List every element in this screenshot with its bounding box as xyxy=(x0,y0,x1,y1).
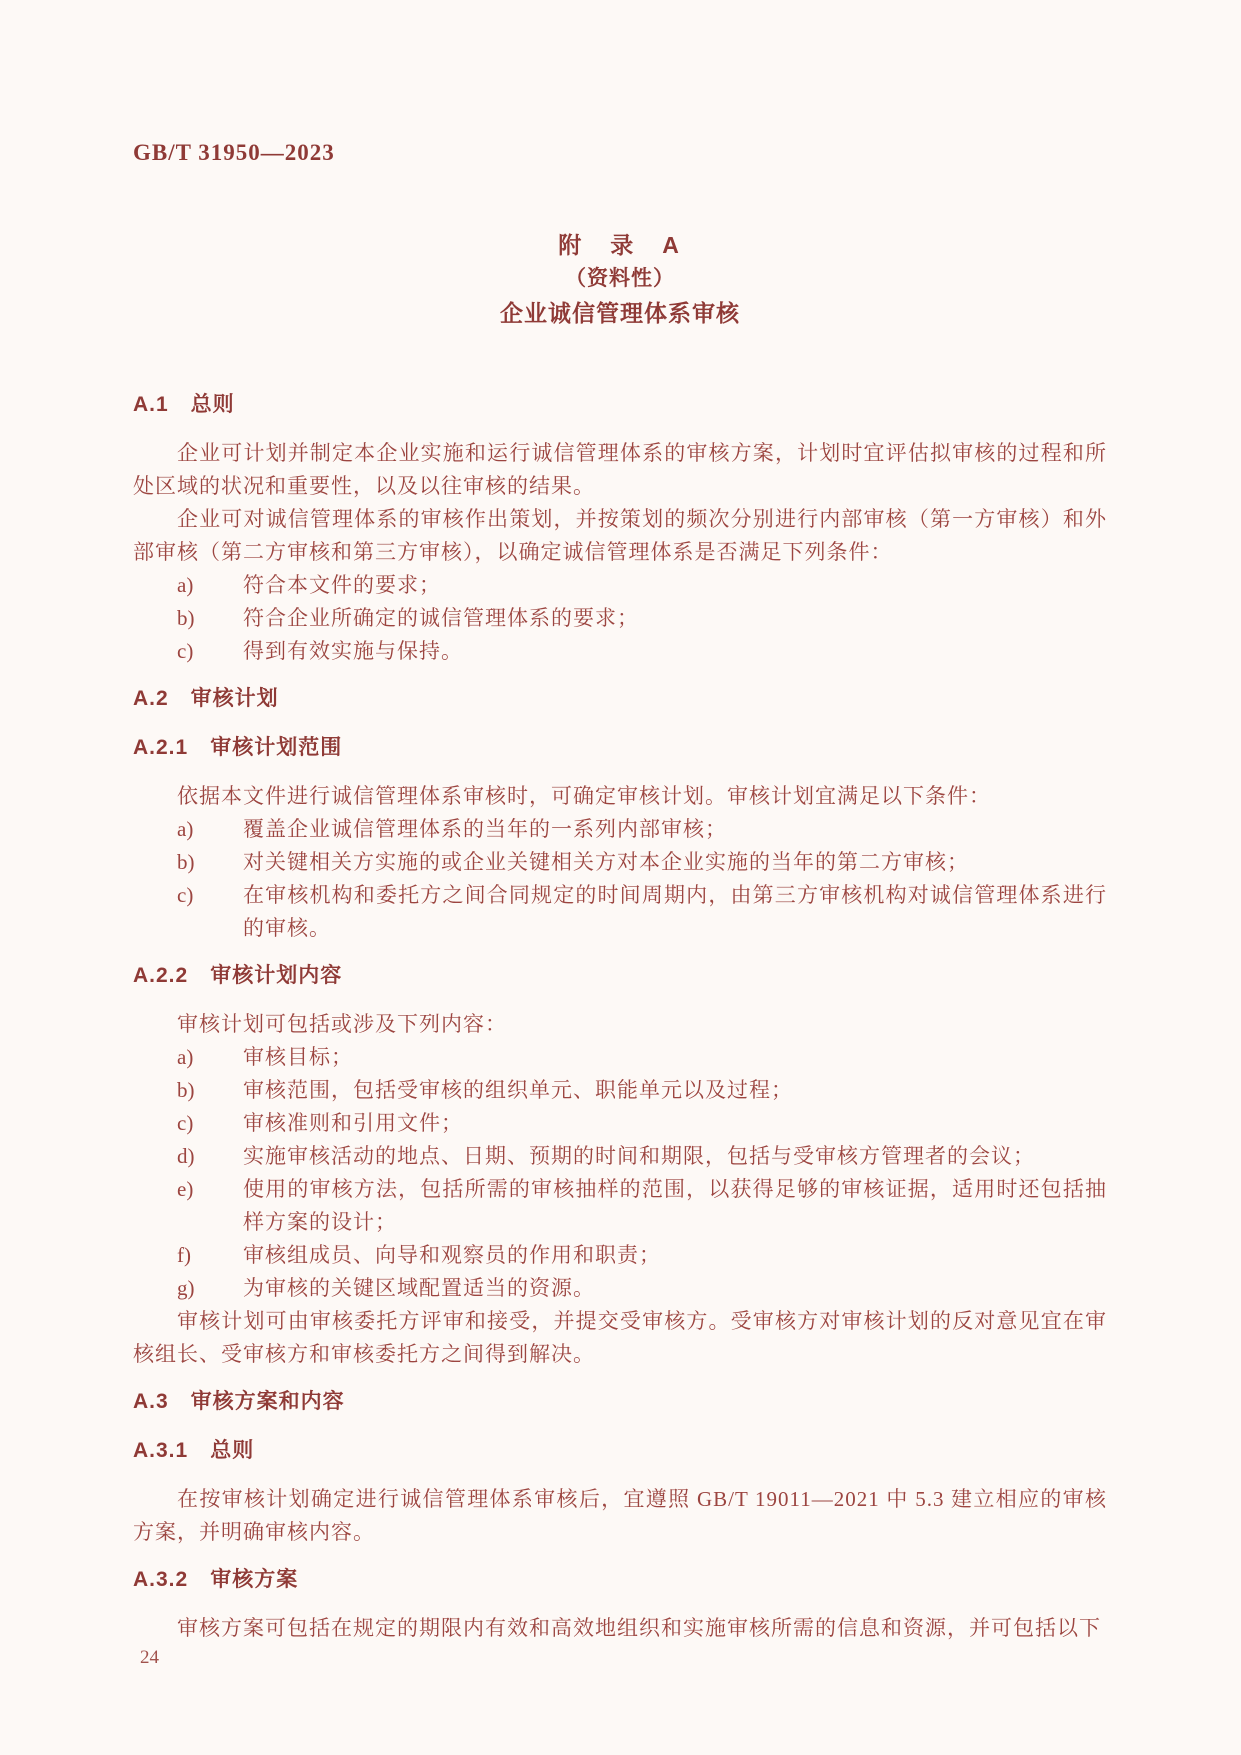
list-text: 符合企业所确定的诚信管理体系的要求； xyxy=(243,606,639,630)
doc-number: GB/T 31950—2023 xyxy=(133,141,1241,165)
list-marker: b) xyxy=(177,602,195,635)
list-item: b) 对关键相关方实施的或企业关键相关方对本企业实施的当年的第二方审核； xyxy=(133,846,1107,879)
list-item: c) 在审核机构和委托方之间合同规定的时间周期内，由第三方审核机构对诚信管理体系… xyxy=(133,879,1107,945)
list-text: 覆盖企业诚信管理体系的当年的一系列内部审核； xyxy=(243,817,727,841)
list-marker: g) xyxy=(177,1272,195,1305)
list-text: 使用的审核方法，包括所需的审核抽样的范围，以获得足够的审核证据，适用时还包括抽样… xyxy=(243,1177,1107,1234)
list-marker: f) xyxy=(177,1239,191,1272)
paragraph: 企业可对诚信管理体系的审核作出策划，并按策划的频次分别进行内部审核（第一方审核）… xyxy=(133,503,1107,569)
list-item: e) 使用的审核方法，包括所需的审核抽样的范围，以获得足够的审核证据，适用时还包… xyxy=(133,1173,1107,1239)
list-marker: b) xyxy=(177,846,195,879)
list-item: b) 审核范围，包括受审核的组织单元、职能单元以及过程； xyxy=(133,1074,1107,1107)
section-heading: A.1 总则 xyxy=(133,388,1107,421)
list-text: 对关键相关方实施的或企业关键相关方对本企业实施的当年的第二方审核； xyxy=(243,850,969,874)
list-text: 符合本文件的要求； xyxy=(243,573,441,597)
appendix-classification: （资料性） xyxy=(133,262,1107,296)
list-item: c) 得到有效实施与保持。 xyxy=(133,635,1107,668)
paragraph: 审核计划可由审核委托方评审和接受，并提交受审核方。受审核方对审核计划的反对意见宜… xyxy=(133,1305,1107,1371)
paragraph: 依据本文件进行诚信管理体系审核时，可确定审核计划。审核计划宜满足以下条件： xyxy=(133,780,1107,813)
page-number: 24 xyxy=(133,1647,1107,1669)
section-heading: A.2 审核计划 xyxy=(133,682,1107,715)
list-text: 审核目标； xyxy=(243,1045,353,1069)
appendix-label: 附 录 A xyxy=(133,228,1107,262)
list-marker: a) xyxy=(177,1041,193,1074)
list-text: 实施审核活动的地点、日期、预期的时间和期限，包括与受审核方管理者的会议； xyxy=(243,1144,1035,1168)
subsection-heading: A.3.1 总则 xyxy=(133,1434,1107,1467)
list-marker: e) xyxy=(177,1173,193,1206)
list-item: a) 符合本文件的要求； xyxy=(133,569,1107,602)
list-text: 审核准则和引用文件； xyxy=(243,1111,463,1135)
paragraph: 在按审核计划确定进行诚信管理体系审核后，宜遵照 GB/T 19011—2021 … xyxy=(133,1483,1107,1549)
list-text: 在审核机构和委托方之间合同规定的时间周期内，由第三方审核机构对诚信管理体系进行的… xyxy=(243,883,1107,940)
list-marker: d) xyxy=(177,1140,195,1173)
list-marker: a) xyxy=(177,813,193,846)
appendix-name: 企业诚信管理体系审核 xyxy=(133,296,1107,330)
text-column: 附 录 A （资料性） 企业诚信管理体系审核 A.1 总则 企业可计划并制定本企… xyxy=(133,228,1107,1669)
list-item: g) 为审核的关键区域配置适当的资源。 xyxy=(133,1272,1107,1305)
subsection-heading: A.2.2 审核计划内容 xyxy=(133,959,1107,992)
list-item: f) 审核组成员、向导和观察员的作用和职责； xyxy=(133,1239,1107,1272)
list-marker: c) xyxy=(177,879,193,912)
paragraph: 审核计划可包括或涉及下列内容： xyxy=(133,1008,1107,1041)
list-marker: b) xyxy=(177,1074,195,1107)
list-item: c) 审核准则和引用文件； xyxy=(133,1107,1107,1140)
list-text: 审核范围，包括受审核的组织单元、职能单元以及过程； xyxy=(243,1078,793,1102)
subsection-heading: A.3.2 审核方案 xyxy=(133,1563,1107,1596)
list-item: b) 符合企业所确定的诚信管理体系的要求； xyxy=(133,602,1107,635)
paragraph: 审核方案可包括在规定的期限内有效和高效地组织和实施审核所需的信息和资源，并可包括… xyxy=(133,1612,1107,1645)
document-page: GB/T 31950—2023 附 录 A （资料性） 企业诚信管理体系审核 A… xyxy=(0,0,1241,1755)
paragraph: 企业可计划并制定本企业实施和运行诚信管理体系的审核方案，计划时宜评估拟审核的过程… xyxy=(133,437,1107,503)
list-text: 为审核的关键区域配置适当的资源。 xyxy=(243,1276,595,1300)
list-marker: c) xyxy=(177,635,193,668)
subsection-heading: A.2.1 审核计划范围 xyxy=(133,731,1107,764)
section-heading: A.3 审核方案和内容 xyxy=(133,1385,1107,1418)
list-marker: a) xyxy=(177,569,193,602)
list-item: a) 覆盖企业诚信管理体系的当年的一系列内部审核； xyxy=(133,813,1107,846)
appendix-title: 附 录 A （资料性） 企业诚信管理体系审核 xyxy=(133,228,1107,330)
list-text: 得到有效实施与保持。 xyxy=(243,639,463,663)
list-marker: c) xyxy=(177,1107,193,1140)
list-item: a) 审核目标； xyxy=(133,1041,1107,1074)
list-item: d) 实施审核活动的地点、日期、预期的时间和期限，包括与受审核方管理者的会议； xyxy=(133,1140,1107,1173)
list-text: 审核组成员、向导和观察员的作用和职责； xyxy=(243,1243,661,1267)
